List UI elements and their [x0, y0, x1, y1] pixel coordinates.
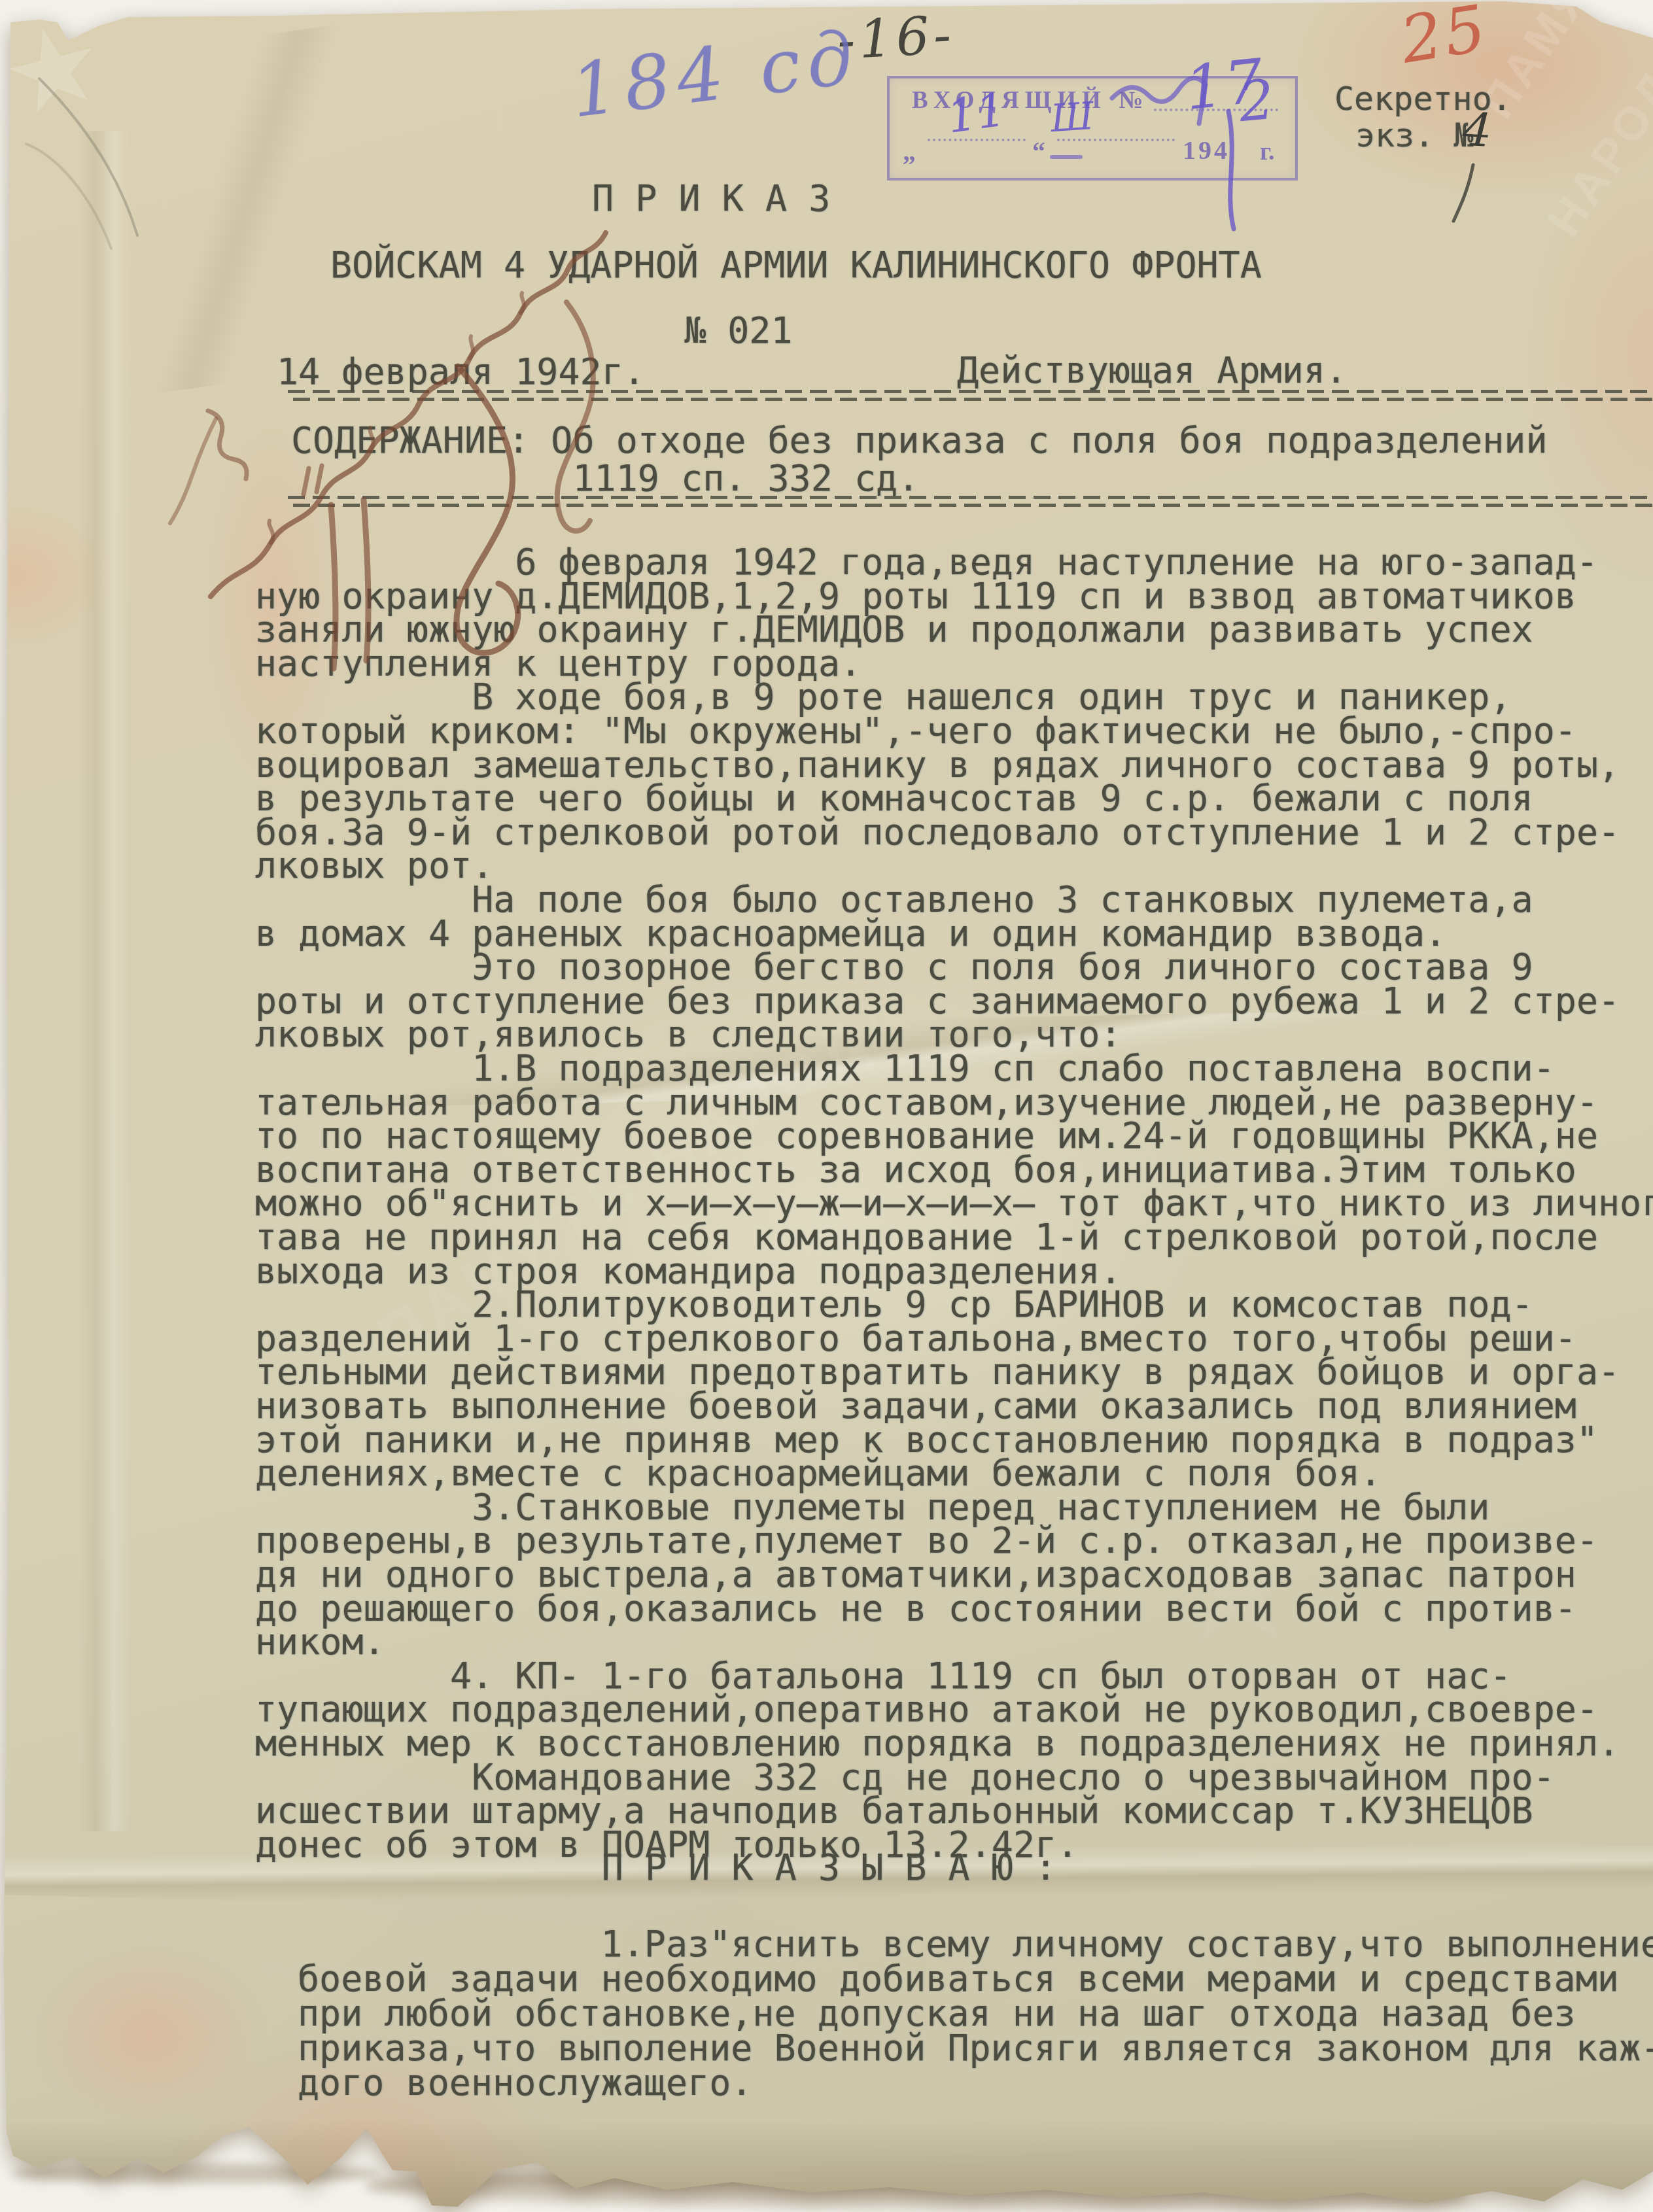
body-line: 1.Раз"яснить всему личному составу,что в…: [298, 1926, 1653, 1962]
paper-sheet: ★ ПАМЯТЬ НАРОДА ПАМЯТЬ НАРОДА ★ -16- 184…: [0, 0, 1653, 2212]
separator-line: [288, 494, 1653, 509]
body-line: П Р И К А З Ы В А Ю :: [255, 1850, 1056, 1886]
separator-line: [288, 389, 1653, 403]
order-title: П Р И К А З: [592, 181, 830, 216]
handwritten-division-note: 184 сд: [567, 20, 863, 128]
body-line: приказа,что выполение Военной Присяги яв…: [298, 2030, 1653, 2066]
archive-watermark-text: НАРОДА: [1537, 29, 1653, 246]
paper-crease: [78, 131, 131, 1831]
stamp-handwritten-month: Ш: [1049, 97, 1095, 137]
scanned-document-page: ★ ПАМЯТЬ НАРОДА ПАМЯТЬ НАРОДА ★ -16- 184…: [0, 0, 1653, 2212]
subject-line2: 1119 сп. 332 сд.: [291, 460, 919, 496]
order-date: 14 февраля 1942г.: [277, 354, 645, 390]
archive-watermark-star-icon: ★: [0, 4, 110, 135]
stamp-year-suffix: г.: [1260, 137, 1274, 166]
body-line: дого военнослужащего.: [298, 2065, 752, 2101]
body-line: лковых рот.: [255, 848, 493, 884]
body-line: ником.: [255, 1624, 385, 1660]
stamp-year: 194: [1183, 135, 1230, 165]
army-label: Действующая Армия.: [957, 353, 1347, 389]
body-line: боевой задачи необходимо добиваться всем…: [298, 1961, 1619, 1997]
subject-line1: СОДЕРЖАНИЕ: Об отходе без приказа с поля…: [291, 423, 1548, 458]
body-line: до решающего боя,оказались не в состояни…: [255, 1591, 1576, 1627]
stamp-quote-open: „: [903, 136, 916, 167]
handwritten-copy-number: 4: [1461, 107, 1493, 154]
handwritten-red-number: 25: [1397, 0, 1492, 73]
copy-number-label: экз. №: [1355, 119, 1474, 152]
body-line: при любой обстановке,не допуская ни на ш…: [298, 1996, 1576, 2031]
paper-wrap: ★ ПАМЯТЬ НАРОДА ПАМЯТЬ НАРОДА ★ -16- 184…: [0, 0, 1653, 2212]
stamp-handwritten-day: 11: [945, 86, 1009, 140]
stamp-handwritten-year-digit: 2: [1236, 72, 1276, 130]
paper-fold-shading: [0, 2119, 1653, 2212]
order-number: № 021: [684, 313, 793, 349]
stamp-quote-close: “: [1032, 136, 1045, 167]
order-subtitle: ВОЙСКАМ 4 УДАРНОЙ АРМИИ КАЛИНИНСКОГО ФРО…: [330, 247, 1262, 283]
